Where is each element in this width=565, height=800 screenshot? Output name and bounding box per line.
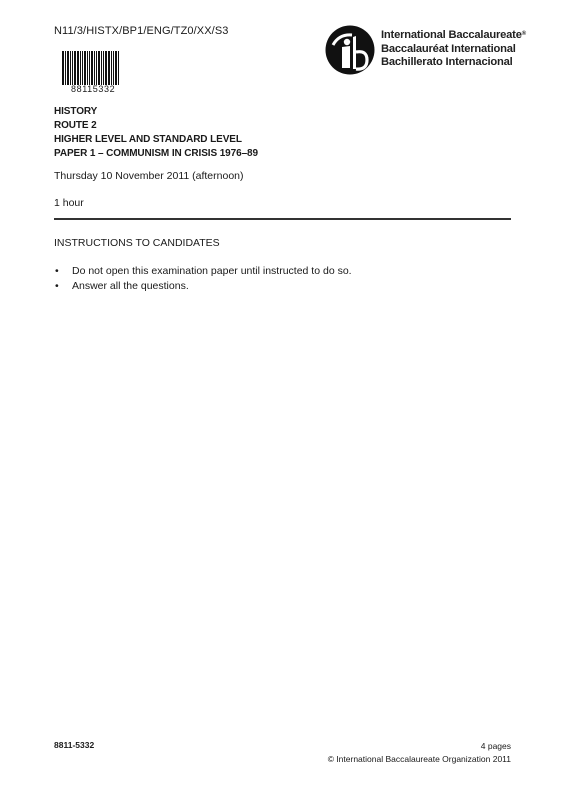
barcode [62,51,120,85]
barcode-number: 88115332 [71,84,115,94]
divider [54,218,511,220]
instruction-item: Answer all the questions. [54,279,352,294]
org-name-en: International Baccalaureate® [381,29,526,43]
instructions-list: Do not open this examination paper until… [54,264,352,294]
exam-date: Thursday 10 November 2011 (afternoon) [54,170,244,182]
paper-code: N11/3/HISTX/BP1/ENG/TZ0/XX/S3 [54,25,228,37]
exam-title: HISTORY ROUTE 2 HIGHER LEVEL AND STANDAR… [54,105,258,161]
instruction-item: Do not open this examination paper until… [54,264,352,279]
copyright: © International Baccalaureate Organizati… [328,753,511,766]
org-name-fr: Baccalauréat International [381,43,526,57]
document-number: 8811-5332 [54,740,94,750]
instructions-heading: INSTRUCTIONS TO CANDIDATES [54,237,220,249]
organization-names: International Baccalaureate® Baccalauréa… [381,29,526,70]
level: HIGHER LEVEL AND STANDARD LEVEL [54,133,258,147]
page-count: 4 pages [328,740,511,753]
paper-topic: PAPER 1 – COMMUNISM IN CRISIS 1976–89 [54,147,258,161]
ib-logo-icon [325,25,375,75]
exam-duration: 1 hour [54,197,84,209]
subject: HISTORY [54,105,258,119]
footer-right: 4 pages © International Baccalaureate Or… [328,740,511,766]
org-name-es: Bachillerato Internacional [381,56,526,70]
route: ROUTE 2 [54,119,258,133]
